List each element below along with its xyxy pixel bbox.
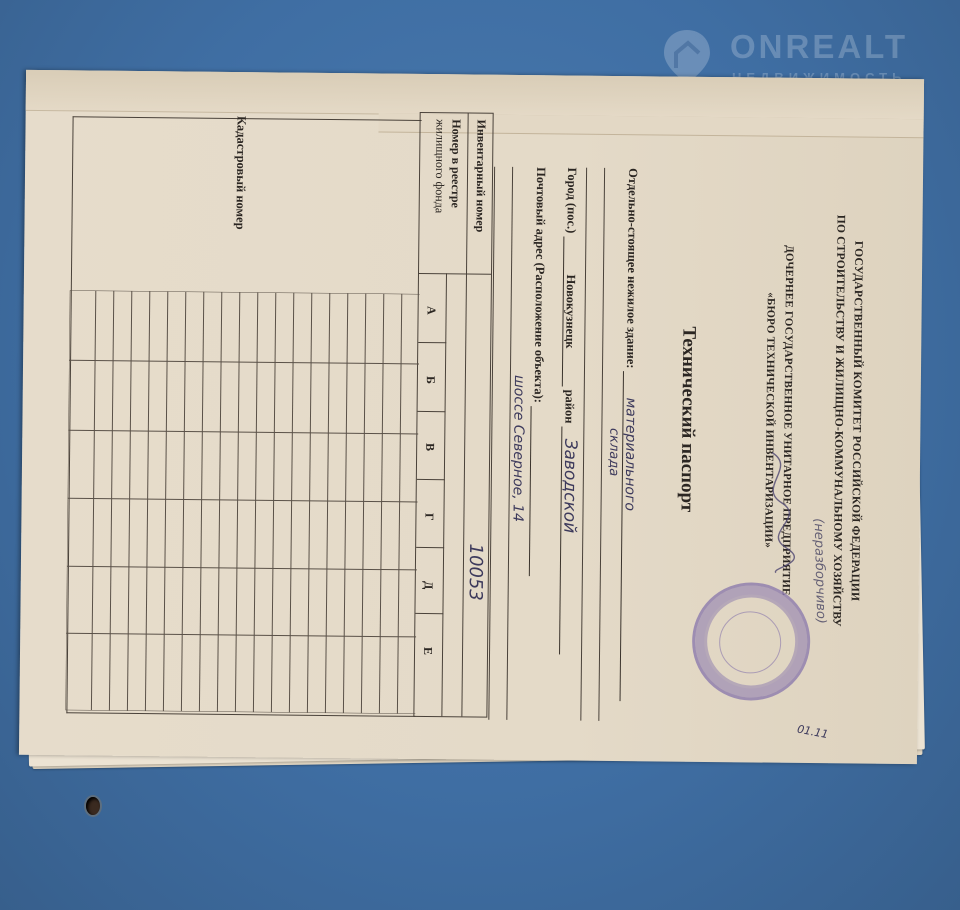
address-field: Почтовый адрес (Расположение объекта): (528, 167, 547, 576)
district-value: Заводской (559, 439, 580, 534)
letter-divider (418, 342, 446, 343)
blank-line (580, 168, 587, 721)
cadastral-label: Кадастровый номер (232, 116, 248, 230)
signature-date: 01.11 (796, 723, 829, 742)
building-label: Отдельно-стоящее нежилое здание: (624, 168, 640, 368)
column-letter-a: А (423, 306, 438, 315)
technical-passport-page: Государственный комитет Российской Федер… (18, 70, 923, 764)
letter-divider (416, 547, 444, 548)
building-value: материального (621, 398, 638, 511)
signature-icon (750, 447, 801, 578)
official-stamp (691, 582, 810, 701)
column-letter-g: Г (421, 513, 436, 521)
city-value: Новокузнецк (563, 274, 578, 348)
address-value: шоссе Северное, 14 (509, 375, 527, 522)
column-letter-e: Е (420, 647, 435, 655)
letter-divider (415, 613, 443, 614)
city-value-line: Новокузнецк (561, 236, 578, 386)
desk-hole (86, 797, 100, 815)
building-value-2: склада (605, 428, 621, 476)
address-label: Почтовый адрес (Расположение объекта): (531, 167, 547, 403)
city-field: Город (пос.) Новокузнецк район Заводской (559, 167, 579, 654)
city-label: Город (пос.) (564, 167, 579, 233)
letter-divider (416, 479, 444, 480)
header-line-1: Государственный комитет Российской Федер… (846, 78, 865, 763)
registry-label-2: жилищного фонда (431, 119, 447, 213)
inventory-table: Инвентарный номер Номер в реестре жилищн… (413, 112, 493, 718)
inventory-number-value: 10053 (464, 543, 486, 600)
inventory-number-label: Инвентарный номер (472, 120, 488, 233)
blank-line (598, 168, 605, 721)
column-letter-v: В (422, 443, 437, 451)
building-value-line: материального (619, 372, 637, 702)
district-value-line: Заводской (559, 427, 576, 655)
address-value-line (528, 406, 545, 576)
handwritten-note: (неразборчиво) (810, 518, 828, 624)
letter-divider (417, 411, 445, 412)
watermark-brand: ONREALT (730, 28, 908, 66)
column-letter-b: Б (422, 376, 437, 384)
stamp-inner-ring (718, 611, 781, 674)
district-label: район (562, 390, 576, 424)
header-line-2: по строительству и жилищно-коммунальному… (828, 78, 847, 763)
cadastral-grid (65, 290, 419, 714)
table-divider (418, 273, 490, 275)
building-field: Отдельно-стоящее нежилое здание: материа… (619, 168, 640, 702)
table-divider (441, 273, 447, 716)
registry-label-1: Номер в реестре (447, 119, 463, 208)
column-letter-d: Д (420, 581, 435, 589)
